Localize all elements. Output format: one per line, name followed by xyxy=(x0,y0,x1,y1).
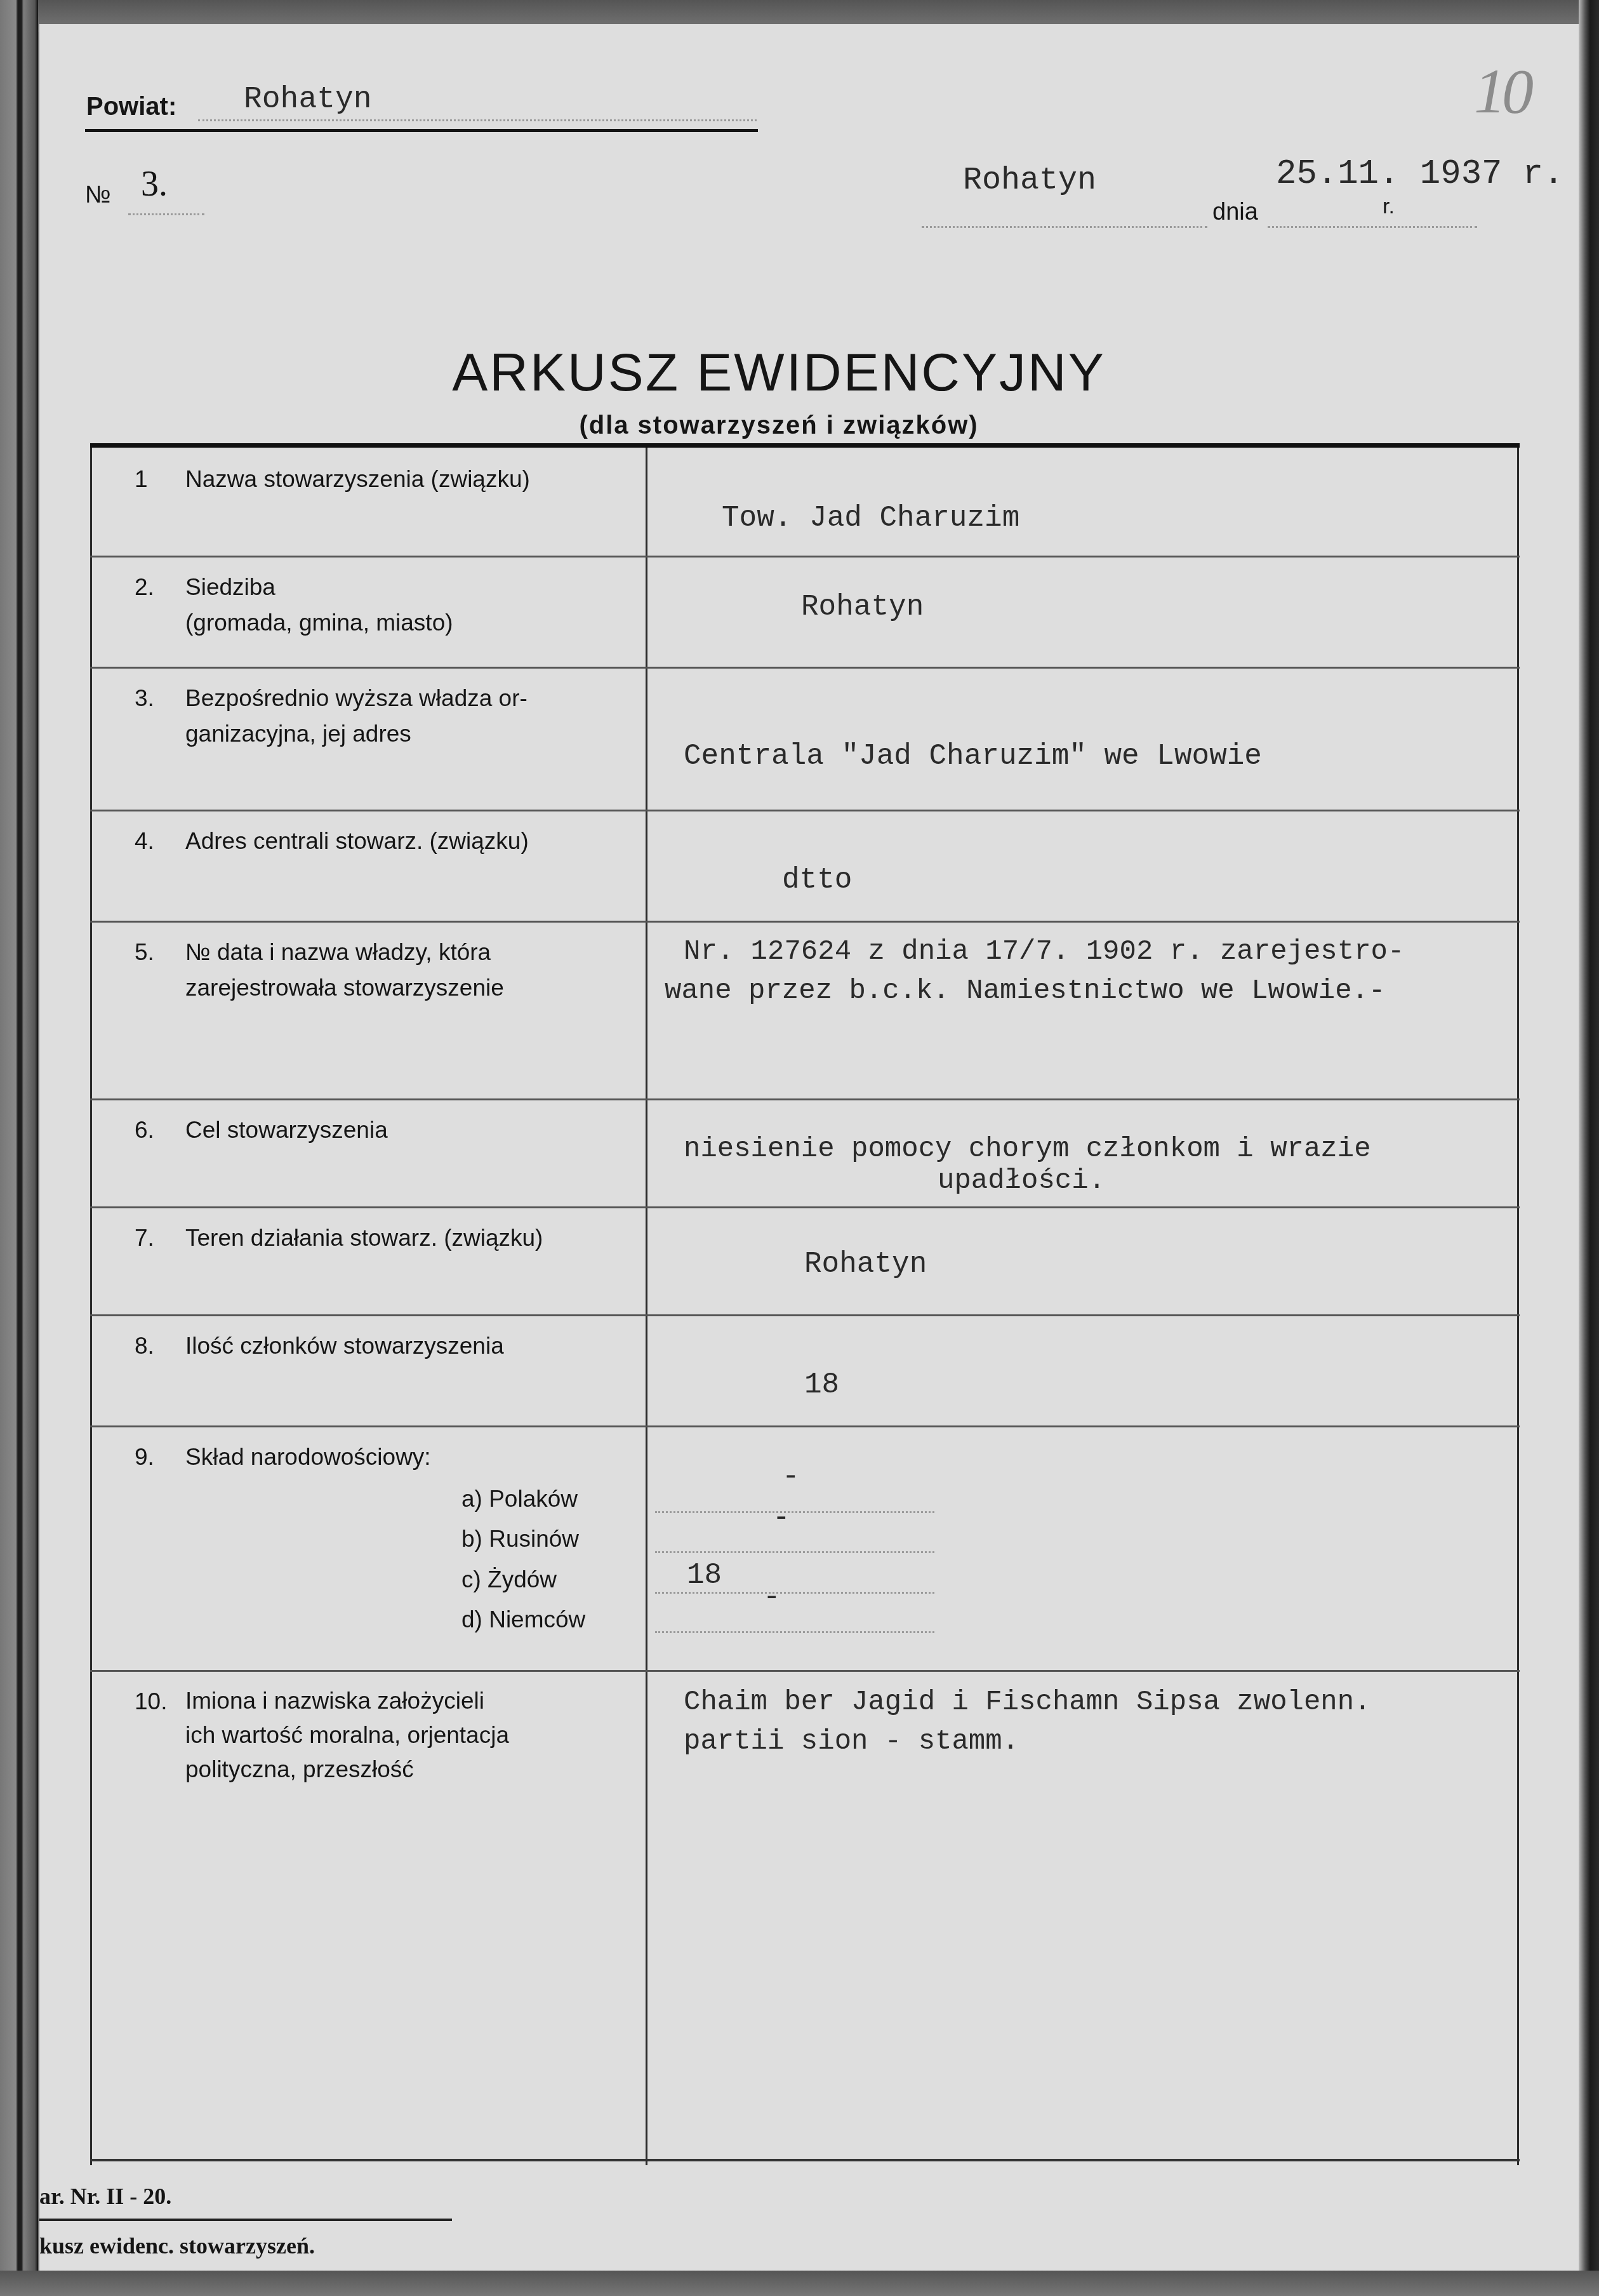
handwritten-page-number: 10 xyxy=(1474,55,1530,128)
row-value: Rohatyn xyxy=(658,1245,1599,1284)
powiat-underline xyxy=(85,129,758,132)
place-value: Rohatyn xyxy=(963,163,1096,199)
nationality-label-niemcow: d) Niemców xyxy=(461,1606,585,1633)
row-label-line: ich wartość moralna, orjentacja xyxy=(185,1722,509,1748)
scan-border-bottom xyxy=(0,2271,1599,2296)
table-row-2: 2. Siedziba (gromada, gmina, miasto) Roh… xyxy=(90,556,1520,669)
row-label-line: Siedziba xyxy=(185,574,275,600)
row-number: 2. xyxy=(135,570,154,605)
row-label-text: Bezpośrednio wyższa władza or- ganizacyj… xyxy=(185,681,630,752)
row-label-line: polityczna, przeszłość xyxy=(185,1756,414,1782)
form-title: kusz ewidenc. stowarzyszeń. xyxy=(39,2233,315,2259)
table-row-4: 4. Adres centrali stowarz. (związku) dtt… xyxy=(90,810,1520,923)
table-row-5: 5. № data i nazwa władzy, która zarejest… xyxy=(90,921,1520,1100)
powiat-dotted-line xyxy=(198,119,757,121)
row-number: 6. xyxy=(135,1112,154,1148)
dnia-label: dnia xyxy=(1212,199,1258,226)
row-label-text: № data i nazwa władzy, która zarejestrow… xyxy=(185,935,630,1006)
nationality-value-zydow: 18 xyxy=(687,1559,722,1592)
table-row-3: 3. Bezpośrednio wyższa władza or- ganiza… xyxy=(90,667,1520,811)
powiat-label: Powiat: xyxy=(86,93,176,121)
nationality-dotted-line xyxy=(655,1511,934,1513)
binder-edge-right xyxy=(1579,0,1599,2296)
document-subtitle: (dla stowarzyszeń i związków) xyxy=(39,411,1518,440)
document-page: Powiat: Rohatyn № 3. Rohatyn dnia 25.11.… xyxy=(39,24,1579,2271)
row-label-line: ganizacyjna, jej adres xyxy=(185,721,411,747)
row-value: Rohatyn xyxy=(658,587,1599,627)
binder-edge-left xyxy=(0,0,38,2296)
nationality-dotted-line xyxy=(655,1551,934,1553)
date-value: 25.11. 1937 r. xyxy=(1276,155,1564,194)
row-number: 3. xyxy=(135,681,154,716)
nationality-dotted-line xyxy=(655,1631,934,1633)
table-row-6: 6. Cel stowarzyszenia niesienie pomocy c… xyxy=(90,1098,1520,1208)
nationality-value-polakow: - xyxy=(782,1460,800,1493)
table-row-10: 10. Imiona i nazwiska założycieli ich wa… xyxy=(90,1670,1520,2161)
number-value: 3. xyxy=(141,164,168,204)
footer-rule xyxy=(39,2219,452,2221)
row-number: 4. xyxy=(135,824,154,859)
row-label-text: Imiona i nazwiska założycieli ich wartoś… xyxy=(185,1684,630,1787)
row-label-text: Ilość członków stowarzyszenia xyxy=(185,1328,630,1364)
table-row-1: 1 Nazwa stowarzyszenia (związku) Tow. Ja… xyxy=(90,448,1520,557)
row-label-line: Imiona i nazwiska założycieli xyxy=(185,1688,484,1714)
row-label-text: Cel stowarzyszenia xyxy=(185,1112,630,1148)
row-value: niesienie pomocy chorym członkom i wrazi… xyxy=(658,1133,1544,1197)
row-number: 9. xyxy=(135,1439,154,1475)
row-value-line: partii sion - stamm. xyxy=(684,1726,1019,1758)
document-title: ARKUSZ EWIDENCYJNY xyxy=(39,342,1518,403)
nationality-dotted-line xyxy=(655,1592,934,1594)
row-number: 7. xyxy=(135,1220,154,1256)
row-value-line: upadłości. xyxy=(938,1165,1105,1197)
place-dotted-line xyxy=(922,226,1207,228)
row-value: Nr. 127624 z dnia 17/7. 1902 r. zarejest… xyxy=(658,932,1544,1011)
row-label-text: Skład narodowościowy: xyxy=(185,1439,630,1475)
row-number: 1 xyxy=(135,462,148,497)
row-value-line: Chaim ber Jagid i Fischamn Sipsa zwolenn… xyxy=(684,1686,1371,1718)
nationality-value-niemcow: - xyxy=(763,1581,781,1614)
date-dotted-line xyxy=(1268,226,1477,228)
row-number: 5. xyxy=(135,935,154,970)
row-value: 18 xyxy=(658,1365,1599,1405)
row-label-line: Bezpośrednio wyższa władza or- xyxy=(185,685,527,711)
row-label-line: № data i nazwa władzy, która xyxy=(185,939,491,965)
year-suffix-label: r. xyxy=(1383,194,1395,219)
row-value: Chaim ber Jagid i Fischamn Sipsa zwolenn… xyxy=(658,1683,1544,1761)
table-row-8: 8. Ilość członków stowarzyszenia 18 xyxy=(90,1314,1520,1427)
nationality-label-rusinow: b) Rusinów xyxy=(461,1526,579,1552)
row-label-line: zarejestrowała stowarzyszenie xyxy=(185,975,504,1001)
nationality-label-zydow: c) Żydów xyxy=(461,1566,557,1593)
row-label-text: Siedziba (gromada, gmina, miasto) xyxy=(185,570,630,641)
row-number: 10. xyxy=(135,1684,167,1719)
row-value: Centrala "Jad Charuzim" we Lwowie xyxy=(658,737,1544,776)
row-label-text: Teren działania stowarz. (związku) xyxy=(185,1220,630,1256)
number-symbol: № xyxy=(85,182,111,209)
row-label-text: Nazwa stowarzyszenia (związku) xyxy=(185,462,630,497)
row-label-line: (gromada, gmina, miasto) xyxy=(185,610,453,636)
row-value-line: wane przez b.c.k. Namiestnictwo we Lwowi… xyxy=(665,975,1385,1007)
number-dotted-line xyxy=(128,213,204,215)
nationality-value-rusinow: - xyxy=(773,1502,790,1535)
row-value-line: niesienie pomocy chorym członkom i wrazi… xyxy=(684,1133,1371,1165)
row-label-text: Adres centrali stowarz. (związku) xyxy=(185,824,630,859)
powiat-value: Rohatyn xyxy=(244,83,372,117)
nationality-label-polakow: a) Polaków xyxy=(461,1486,578,1512)
row-value-line: Nr. 127624 z dnia 17/7. 1902 r. zarejest… xyxy=(684,936,1404,968)
row-value: Tow. Jad Charuzim xyxy=(658,498,1582,538)
form-code: ar. Nr. II - 20. xyxy=(39,2183,171,2210)
row-number: 8. xyxy=(135,1328,154,1364)
table-row-9: 9. Skład narodowościowy: a) Polaków - b)… xyxy=(90,1425,1520,1672)
registration-table: 1 Nazwa stowarzyszenia (związku) Tow. Ja… xyxy=(90,443,1520,2198)
row-value: dtto xyxy=(658,860,1599,900)
table-row-7: 7. Teren działania stowarz. (związku) Ro… xyxy=(90,1206,1520,1316)
